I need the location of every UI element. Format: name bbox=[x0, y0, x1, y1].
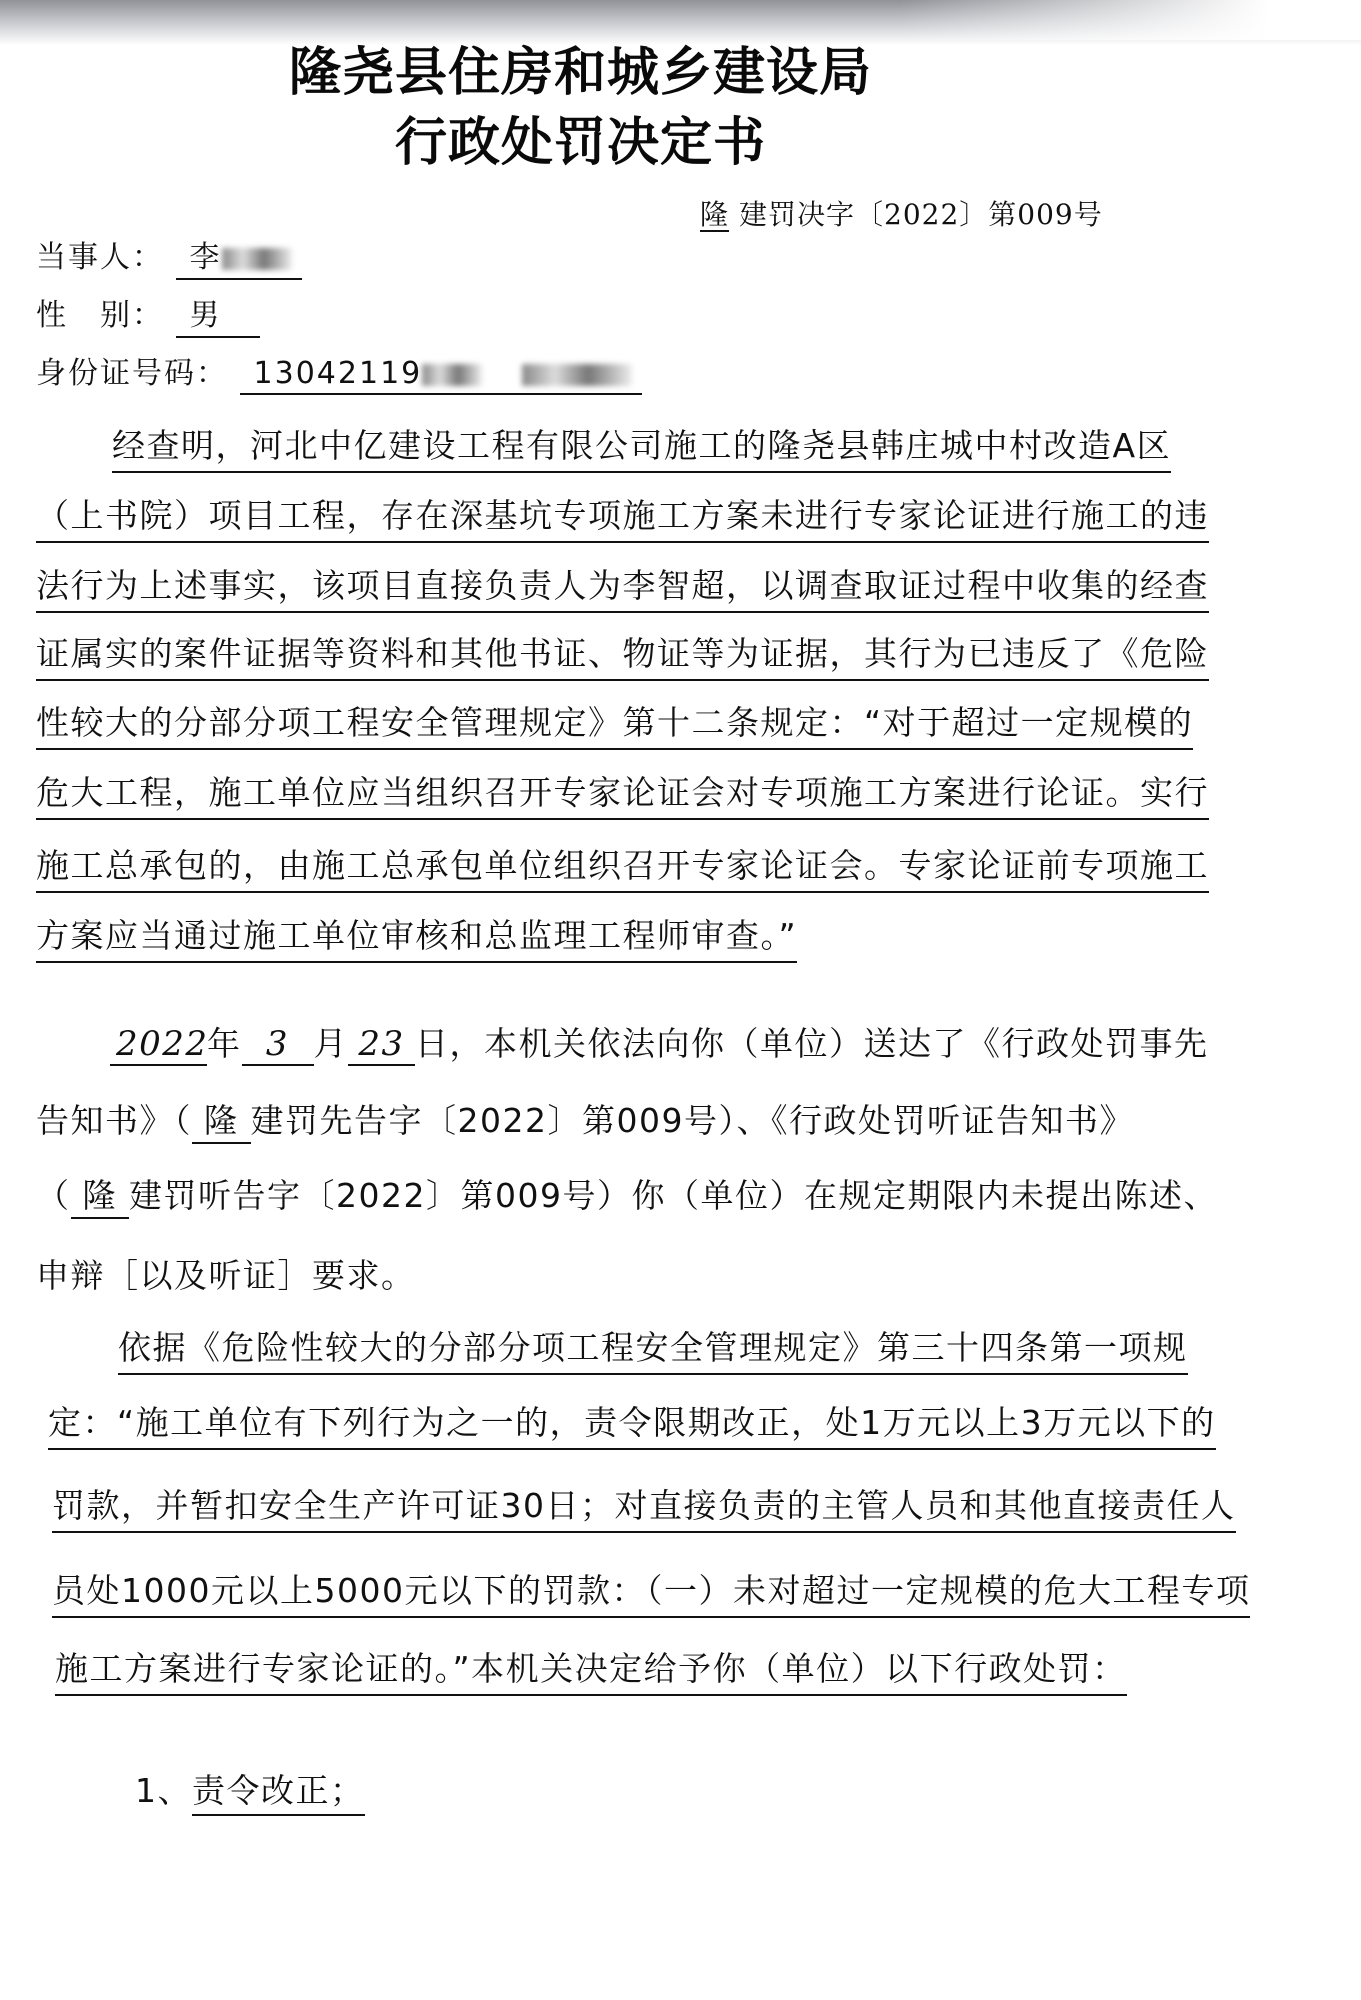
facts-line-5: 性较大的分部分项工程安全管理规定》第十二条规定：“对于超过一定规模的 bbox=[36, 697, 1193, 750]
notice-line-1: 2022年3月23日，本机关依法向你（单位）送达了《行政处罚事先 bbox=[110, 1018, 1209, 1066]
basis-line-4: 员处1000元以上5000元以下的罚款：（一）未对超过一定规模的危大工程专项 bbox=[52, 1565, 1250, 1618]
party-gender-label: 性 别： bbox=[36, 290, 164, 334]
handwritten-year: 2022 bbox=[110, 1024, 207, 1066]
redaction-blur bbox=[522, 364, 632, 386]
party-id-value: 13042119 bbox=[240, 356, 643, 395]
facts-line-6: 危大工程，施工单位应当组织召开专家论证会对专项施工方案进行论证。实行 bbox=[36, 767, 1209, 820]
notice-line-3-pre: （ bbox=[36, 1176, 71, 1215]
document-number: 隆建罚决字〔2022〕第009号 bbox=[690, 193, 1103, 233]
handwritten-day: 23 bbox=[348, 1024, 415, 1066]
notice-line-1-rest: 日，本机关依法向你（单位）送达了《行政处罚事先 bbox=[415, 1024, 1209, 1063]
notice-prefix: 隆 bbox=[192, 1095, 251, 1144]
document-title: 行政处罚决定书 bbox=[0, 100, 1261, 175]
facts-line-8: 方案应当通过施工单位审核和总监理工程师审查。” bbox=[36, 910, 797, 963]
redaction-blur bbox=[422, 364, 482, 386]
year-label: 年 bbox=[207, 1024, 242, 1063]
handwritten-month: 3 bbox=[242, 1024, 314, 1066]
penalty-item-1-text: 责令改正； bbox=[192, 1771, 365, 1816]
notice-line-3: （隆建罚听告字〔2022〕第009号）你（单位）在规定期限内未提出陈述、 bbox=[36, 1170, 1218, 1219]
facts-line-2: （上书院）项目工程，存在深基坑专项施工方案未进行专家论证进行施工的违 bbox=[36, 490, 1209, 543]
party-gender-value: 男 bbox=[176, 290, 260, 338]
penalty-item-1-number: 1、 bbox=[135, 1771, 192, 1810]
notice-line-2-rest: 建罚先告字〔2022〕第009号）、《行政处罚听证告知书》 bbox=[251, 1101, 1134, 1140]
party-id-field: 身份证号码： 13042119 bbox=[36, 348, 642, 395]
basis-line-5: 施工方案进行专家论证的。”本机关决定给予你（单位）以下行政处罚： bbox=[55, 1643, 1127, 1696]
penalty-item-1: 1、责令改正； bbox=[135, 1765, 365, 1812]
agency-title: 隆尧县住房和城乡建设局 bbox=[0, 30, 1261, 105]
notice-line-4: 申辩［以及听证］要求。 bbox=[36, 1250, 416, 1297]
document-number-prefix: 隆 bbox=[690, 198, 739, 231]
month-label: 月 bbox=[314, 1024, 349, 1063]
facts-line-1: 经查明，河北中亿建设工程有限公司施工的隆尧县韩庄城中村改造A区 bbox=[112, 420, 1171, 473]
notice-line-2: 告知书》（隆建罚先告字〔2022〕第009号）、《行政处罚听证告知书》 bbox=[36, 1095, 1134, 1144]
party-name-value: 李 bbox=[176, 232, 302, 280]
basis-line-1: 依据《危险性较大的分部分项工程安全管理规定》第三十四条第一项规 bbox=[118, 1322, 1188, 1375]
redaction-blur bbox=[222, 248, 292, 270]
party-id-label: 身份证号码： bbox=[36, 348, 228, 392]
facts-line-7: 施工总承包的，由施工总承包单位组织召开专家论证会。专家论证前专项施工 bbox=[36, 840, 1209, 893]
party-gender-field: 性 别： 男 bbox=[36, 290, 260, 338]
document-number-rest: 建罚决字〔2022〕第009号 bbox=[739, 198, 1103, 231]
notice-line-2-pre: 告知书》（ bbox=[36, 1101, 192, 1140]
basis-line-3: 罚款，并暂扣安全生产许可证30日；对直接负责的主管人员和其他直接责任人 bbox=[52, 1480, 1236, 1533]
facts-line-3: 法行为上述事实，该项目直接负责人为李智超，以调查取证过程中收集的经查 bbox=[36, 560, 1209, 613]
notice-line-3-rest: 建罚听告字〔2022〕第009号）你（单位）在规定期限内未提出陈述、 bbox=[129, 1176, 1218, 1215]
facts-line-4: 证属实的案件证据等资料和其他书证、物证等为证据，其行为已违反了《危险 bbox=[36, 628, 1209, 681]
party-name-label: 当事人： bbox=[36, 232, 164, 276]
notice-prefix: 隆 bbox=[71, 1170, 130, 1219]
basis-line-2: 定：“施工单位有下列行为之一的，责令限期改正，处1万元以上3万元以下的 bbox=[48, 1397, 1216, 1450]
party-name-field: 当事人： 李 bbox=[36, 232, 302, 280]
